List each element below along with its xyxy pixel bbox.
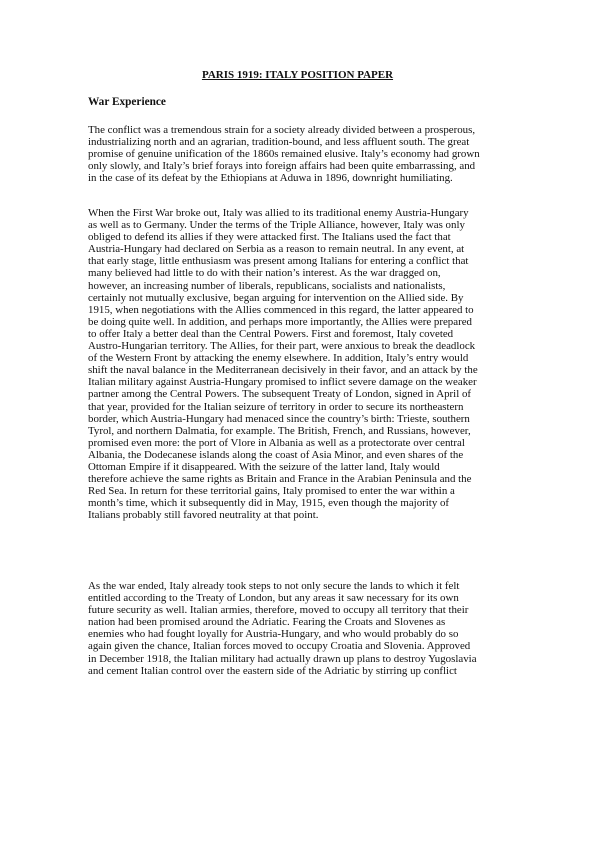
text-line: in the case of its defeat by the Ethiopi…	[88, 172, 518, 184]
text-line: When the First War broke out, Italy was …	[88, 207, 518, 219]
text-line: industrializing north and an agrarian, t…	[88, 136, 518, 148]
text-line: certainly not mutually exclusive, began …	[88, 292, 518, 304]
text-line: future security as well. Italian armies,…	[88, 604, 518, 616]
text-line: The conflict was a tremendous strain for…	[88, 124, 518, 136]
text-line: of the Western Front by attacking the en…	[88, 352, 518, 364]
text-line: that early stage, little enthusiasm was …	[88, 255, 518, 267]
text-line: many believed had little to do with thei…	[88, 267, 518, 279]
text-line: promise of genuine unification of the 18…	[88, 148, 518, 160]
text-line: shift the naval balance in the Mediterra…	[88, 364, 518, 376]
text-line: month’s time, which it subsequently did …	[88, 497, 518, 509]
text-line: nation had been promised around the Adri…	[88, 616, 518, 628]
text-line: Austria-Hungary had declared on Serbia a…	[88, 243, 518, 255]
text-line: Austro-Hungarian territory. The Allies, …	[88, 340, 518, 352]
text-line: Ottoman Empire if it disappeared. With t…	[88, 461, 518, 473]
text-line: Italian military against Austria-Hungary…	[88, 376, 518, 388]
text-line: only slowly, and Italy’s brief forays in…	[88, 160, 518, 172]
text-line: and cement Italian control over the east…	[88, 665, 518, 677]
text-line: be doing quite well. In addition, and pe…	[88, 316, 518, 328]
document-title: PARIS 1919: ITALY POSITION PAPER	[0, 69, 595, 81]
text-line: partner among the Central Powers. The su…	[88, 388, 518, 400]
paragraph: When the First War broke out, Italy was …	[88, 207, 518, 521]
text-line: enemies who had fought loyally for Austr…	[88, 628, 518, 640]
text-line: Tyrol, and northern Dalmatia, for exampl…	[88, 425, 518, 437]
text-line: in December 1918, the Italian military h…	[88, 653, 518, 665]
text-line: Albania, the Dodecanese islands along th…	[88, 449, 518, 461]
paragraph: As the war ended, Italy already took ste…	[88, 580, 518, 677]
text-line: therefore achieve the same rights as Bri…	[88, 473, 518, 485]
text-line: Red Sea. In return for these territorial…	[88, 485, 518, 497]
text-line: as well as to Germany. Under the terms o…	[88, 219, 518, 231]
text-line: border, which Austria-Hungary had menace…	[88, 413, 518, 425]
text-line: to offer Italy a better deal than the Ce…	[88, 328, 518, 340]
text-line: promised even more: the port of Vlore in…	[88, 437, 518, 449]
text-line: obliged to defend its allies if they wer…	[88, 231, 518, 243]
text-line: however, an increasing number of liberal…	[88, 280, 518, 292]
text-line: As the war ended, Italy already took ste…	[88, 580, 518, 592]
text-line: entitled according to the Treaty of Lond…	[88, 592, 518, 604]
text-line: Italians probably still favored neutrali…	[88, 509, 518, 521]
section-heading: War Experience	[88, 96, 166, 108]
text-line: again given the chance, Italian forces m…	[88, 640, 518, 652]
text-line: that year, provided for the Italian seiz…	[88, 401, 518, 413]
document-page: PARIS 1919: ITALY POSITION PAPER War Exp…	[0, 0, 595, 842]
text-line: 1915, when negotiations with the Allies …	[88, 304, 518, 316]
paragraph: The conflict was a tremendous strain for…	[88, 124, 518, 184]
